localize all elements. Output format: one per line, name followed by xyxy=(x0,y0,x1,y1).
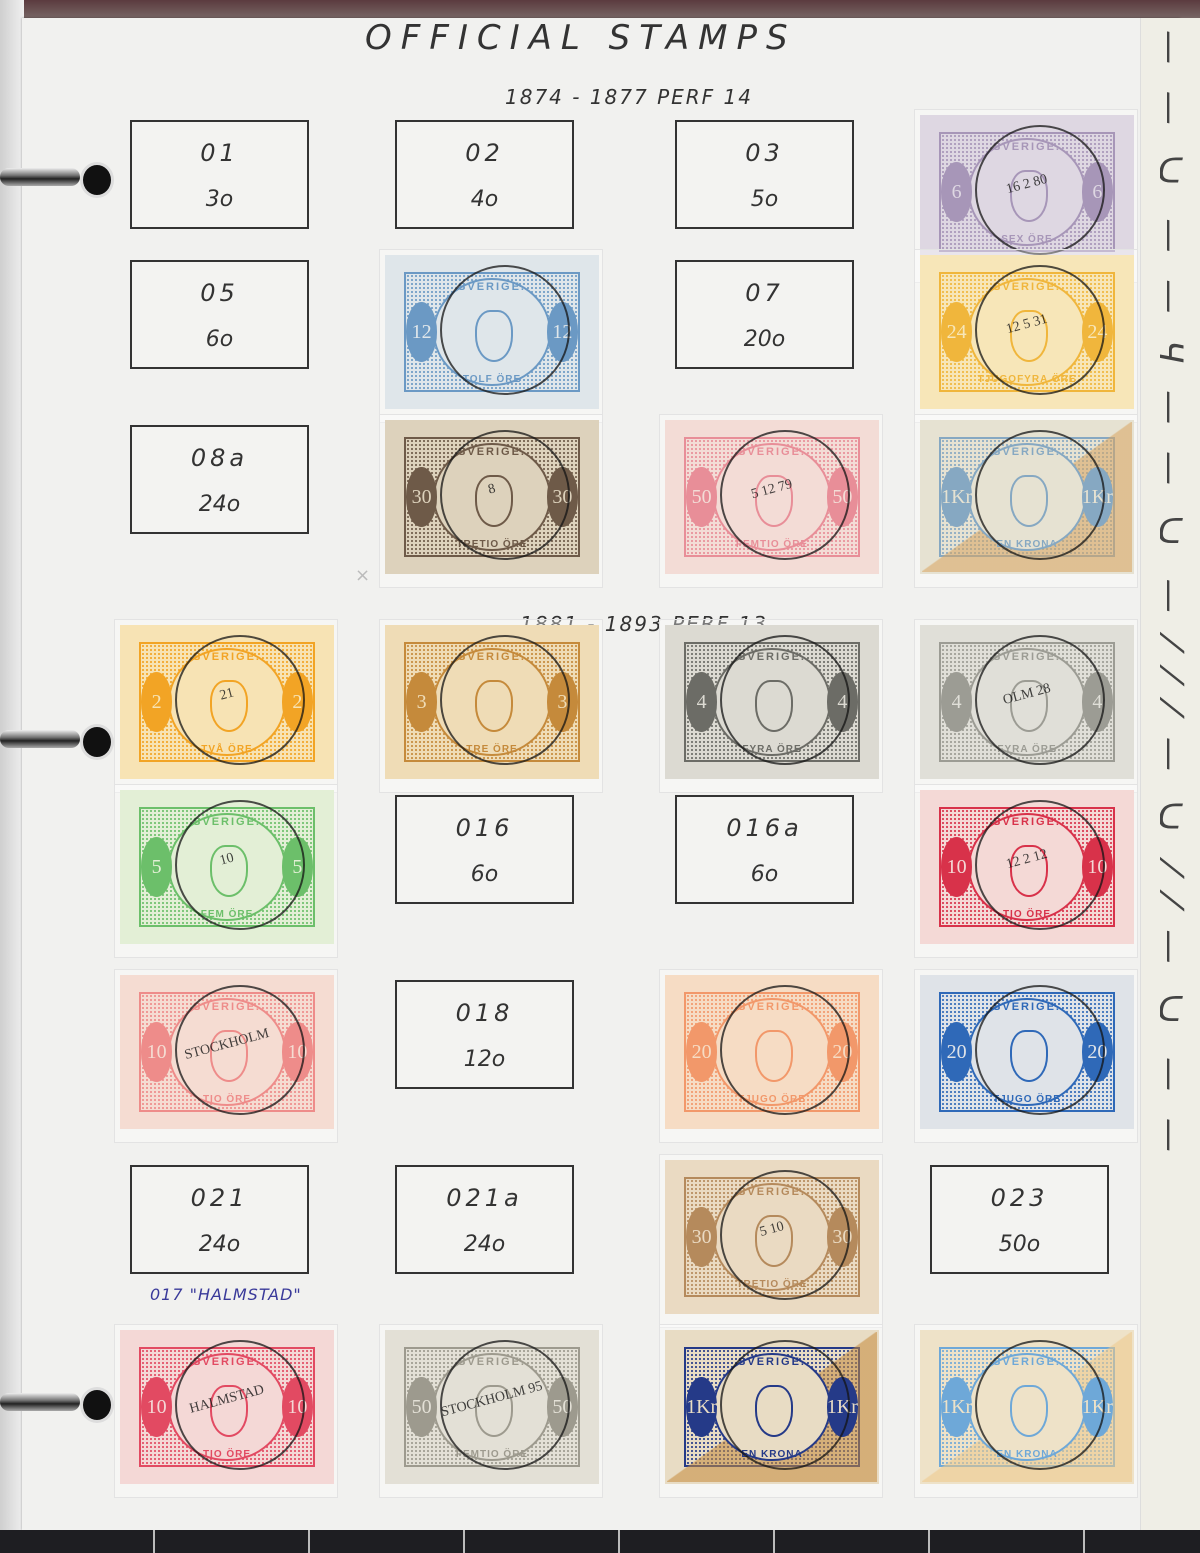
catalog-number: 021 xyxy=(132,1184,307,1212)
postmark-cancel-icon xyxy=(440,265,570,395)
stamp[interactable]: SVERIGE.FYRA ÖRE44 xyxy=(665,625,879,779)
empty-stamp-slot: 056o xyxy=(130,260,309,369)
catalog-number: 023 xyxy=(932,1184,1107,1212)
catalog-value: 6o xyxy=(677,862,852,887)
empty-stamp-slot: 024o xyxy=(395,120,574,229)
stamp[interactable]: SVERIGE.TJUGO ÖRE2020 xyxy=(665,975,879,1129)
stamp[interactable]: SVERIGE.TOLF ÖRE1212 xyxy=(385,255,599,409)
catalog-number: 05 xyxy=(132,279,307,307)
stamp[interactable]: SVERIGE.TRETIO ÖRE30305 10 xyxy=(665,1160,879,1314)
empty-stamp-slot: 0166o xyxy=(395,795,574,904)
album-top-edge xyxy=(0,0,1200,20)
catalog-value: 24o xyxy=(397,1232,572,1257)
section-heading-1874: 1874 - 1877 PERF 14 xyxy=(505,85,753,109)
catalog-number: 08a xyxy=(132,444,307,472)
postmark-cancel-icon xyxy=(720,985,850,1115)
stamp[interactable]: SVERIGE.FEMTIO ÖRE5050STOCKHOLM 95 xyxy=(385,1330,599,1484)
postmark-cancel-icon xyxy=(720,1340,850,1470)
empty-stamp-slot: 02350o xyxy=(930,1165,1109,1274)
catalog-number: 016a xyxy=(677,814,852,842)
halmstad-annotation: 017 "HALMSTAD" xyxy=(150,1285,302,1304)
binder-ring-icon xyxy=(0,160,110,194)
empty-stamp-slot: 021a24o xyxy=(395,1165,574,1274)
catalog-value: 24o xyxy=(132,492,307,517)
catalog-number: 016 xyxy=(397,814,572,842)
catalog-number: 02 xyxy=(397,139,572,167)
catalog-value: 4o xyxy=(397,187,572,212)
postmark-cancel-icon xyxy=(975,985,1105,1115)
stamp[interactable]: SVERIGE.EN KRONA1Kr1Kr xyxy=(920,420,1134,574)
catalog-value: 3o xyxy=(132,187,307,212)
catalog-number: 03 xyxy=(677,139,852,167)
empty-stamp-slot: 013o xyxy=(130,120,309,229)
empty-stamp-slot: 02124o xyxy=(130,1165,309,1274)
postmark-cancel-icon xyxy=(975,430,1105,560)
stamp[interactable]: SVERIGE.FEMTIO ÖRE50505 12 79 xyxy=(665,420,879,574)
catalog-value: 6o xyxy=(132,327,307,352)
catalog-value: 5o xyxy=(677,187,852,212)
stamp[interactable]: SVERIGE.TIO ÖRE101012 2 12 xyxy=(920,790,1134,944)
side-handwriting: — — ᑕ — — Ч — — ᑕ — ⁄ ⁄ ⁄ — ᑕ ⁄ ⁄ — ᑕ — … xyxy=(1160,30,1190,1480)
empty-stamp-slot: 08a24o xyxy=(130,425,309,534)
stamp[interactable]: SVERIGE.SEX ÖRE6616 2 80 xyxy=(920,115,1134,269)
postmark-cancel-icon xyxy=(720,635,850,765)
binder-ring-icon xyxy=(0,1385,110,1419)
catalog-value: 50o xyxy=(932,1232,1107,1257)
catalog-number: 01 xyxy=(132,139,307,167)
tablecloth xyxy=(0,1530,1200,1553)
stamp[interactable]: SVERIGE.TIO ÖRE1010STOCKHOLM xyxy=(120,975,334,1129)
catalog-number: 07 xyxy=(677,279,852,307)
stamp[interactable]: SVERIGE.TIO ÖRE1010HALMSTAD xyxy=(120,1330,334,1484)
postmark-cancel-icon xyxy=(975,1340,1105,1470)
stamp[interactable]: SVERIGE.TRETIO ÖRE30308 xyxy=(385,420,599,574)
stamp[interactable]: SVERIGE.FEM ÖRE5510 xyxy=(120,790,334,944)
catalog-number: 021a xyxy=(397,1184,572,1212)
empty-stamp-slot: 016a6o xyxy=(675,795,854,904)
stamp[interactable]: SVERIGE.EN KRONA1Kr1Kr xyxy=(665,1330,879,1484)
stamp[interactable]: SVERIGE.TVÅ ÖRE2221 xyxy=(120,625,334,779)
catalog-value: 24o xyxy=(132,1232,307,1257)
catalog-value: 6o xyxy=(397,862,572,887)
page-title: OFFICIAL STAMPS xyxy=(365,18,797,58)
empty-stamp-slot: 01812o xyxy=(395,980,574,1089)
stamp[interactable]: SVERIGE.FYRA ÖRE44OLM 28 xyxy=(920,625,1134,779)
catalog-number: 018 xyxy=(397,999,572,1027)
postmark-cancel-icon xyxy=(440,635,570,765)
empty-stamp-slot: 035o xyxy=(675,120,854,229)
stamp[interactable]: SVERIGE.EN KRONA1Kr1Kr xyxy=(920,1330,1134,1484)
catalog-value: 20o xyxy=(677,327,852,352)
catalog-value: 12o xyxy=(397,1047,572,1072)
binder-ring-icon xyxy=(0,722,110,756)
stamp[interactable]: SVERIGE.TJUGOFYRA ÖRE242412 5 31 xyxy=(920,255,1134,409)
pencil-x-mark: × xyxy=(355,565,370,586)
empty-stamp-slot: 0720o xyxy=(675,260,854,369)
stamp[interactable]: SVERIGE.TJUGO ÖRE2020 xyxy=(920,975,1134,1129)
stamp[interactable]: SVERIGE.TRE ÖRE33 xyxy=(385,625,599,779)
binder-spine xyxy=(0,0,24,1553)
